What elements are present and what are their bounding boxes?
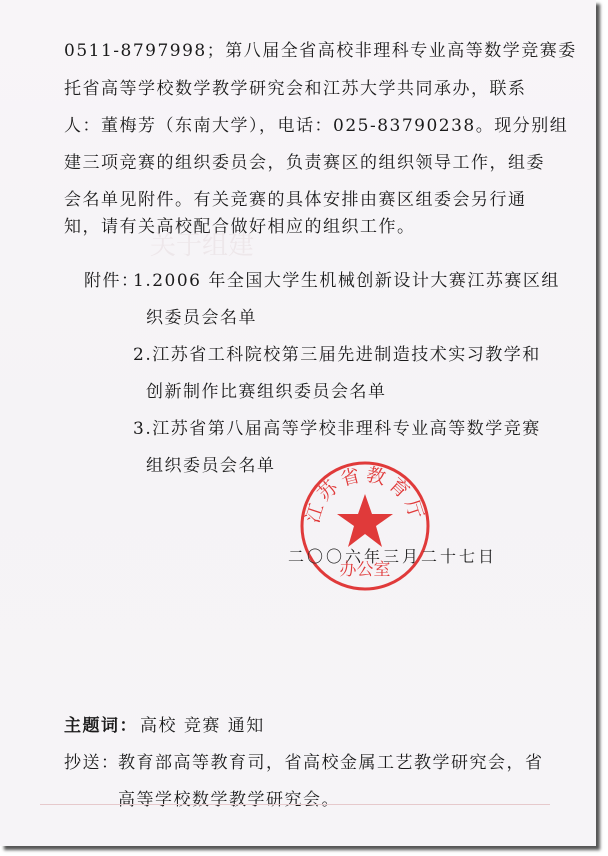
body-line-5: 会名单见附件。有关竞赛的具体安排由赛区组委会另行通 bbox=[64, 189, 527, 211]
official-seal-icon: 江苏省教育厅 办公室 bbox=[298, 459, 432, 593]
attachment-1-line-1: 1.2006 年全国大学生机械创新设计大赛江苏赛区组 bbox=[133, 270, 560, 292]
cc-line-1: 教育部高等教育司，省高校金属工艺教学研究会，省 bbox=[118, 752, 544, 774]
subject-words-label: 主题词： bbox=[64, 715, 138, 737]
body-line-1: 0511-8797998；第八届全省高校非理科专业高等数学竞赛委 bbox=[64, 40, 577, 62]
cc-label: 抄送： bbox=[64, 752, 120, 774]
attachment-2-line-2: 创新制作比赛组织委员会名单 bbox=[146, 381, 387, 403]
attachment-1-line-2: 织委员会名单 bbox=[146, 307, 257, 329]
attachment-3-line-1: 3.江苏省第八届高等学校非理科专业高等数学竞赛 bbox=[133, 418, 541, 440]
document-page: 关于组建 0511-8797998；第八届全省高校非理科专业高等数学竞赛委 托省… bbox=[0, 0, 596, 846]
body-line-4: 建三项竞赛的组织委员会，负责赛区的组织领导工作，组委 bbox=[64, 152, 545, 174]
cc-line-2: 高等学校数学教学研究会。 bbox=[118, 789, 340, 811]
issue-date: 二〇〇六年三月二十七日 bbox=[288, 544, 497, 567]
body-line-2: 托省高等学校数学教学研究会和江苏大学共同承办，联系 bbox=[64, 78, 527, 100]
attachments-label: 附件： bbox=[84, 270, 140, 292]
body-line-6: 知，请有关高校配合做好相应的组织工作。 bbox=[64, 216, 416, 238]
body-line-3: 人：董梅芳（东南大学），电话：025-83790238。现分别组 bbox=[64, 115, 568, 137]
attachment-2-line-1: 2.江苏省工科院校第三届先进制造技术实习教学和 bbox=[133, 344, 541, 366]
subject-words-value: 高校 竞赛 通知 bbox=[140, 715, 265, 737]
attachment-3-line-2: 组织委员会名单 bbox=[146, 455, 276, 477]
star-icon bbox=[337, 494, 393, 547]
bottom-divider bbox=[40, 804, 550, 805]
